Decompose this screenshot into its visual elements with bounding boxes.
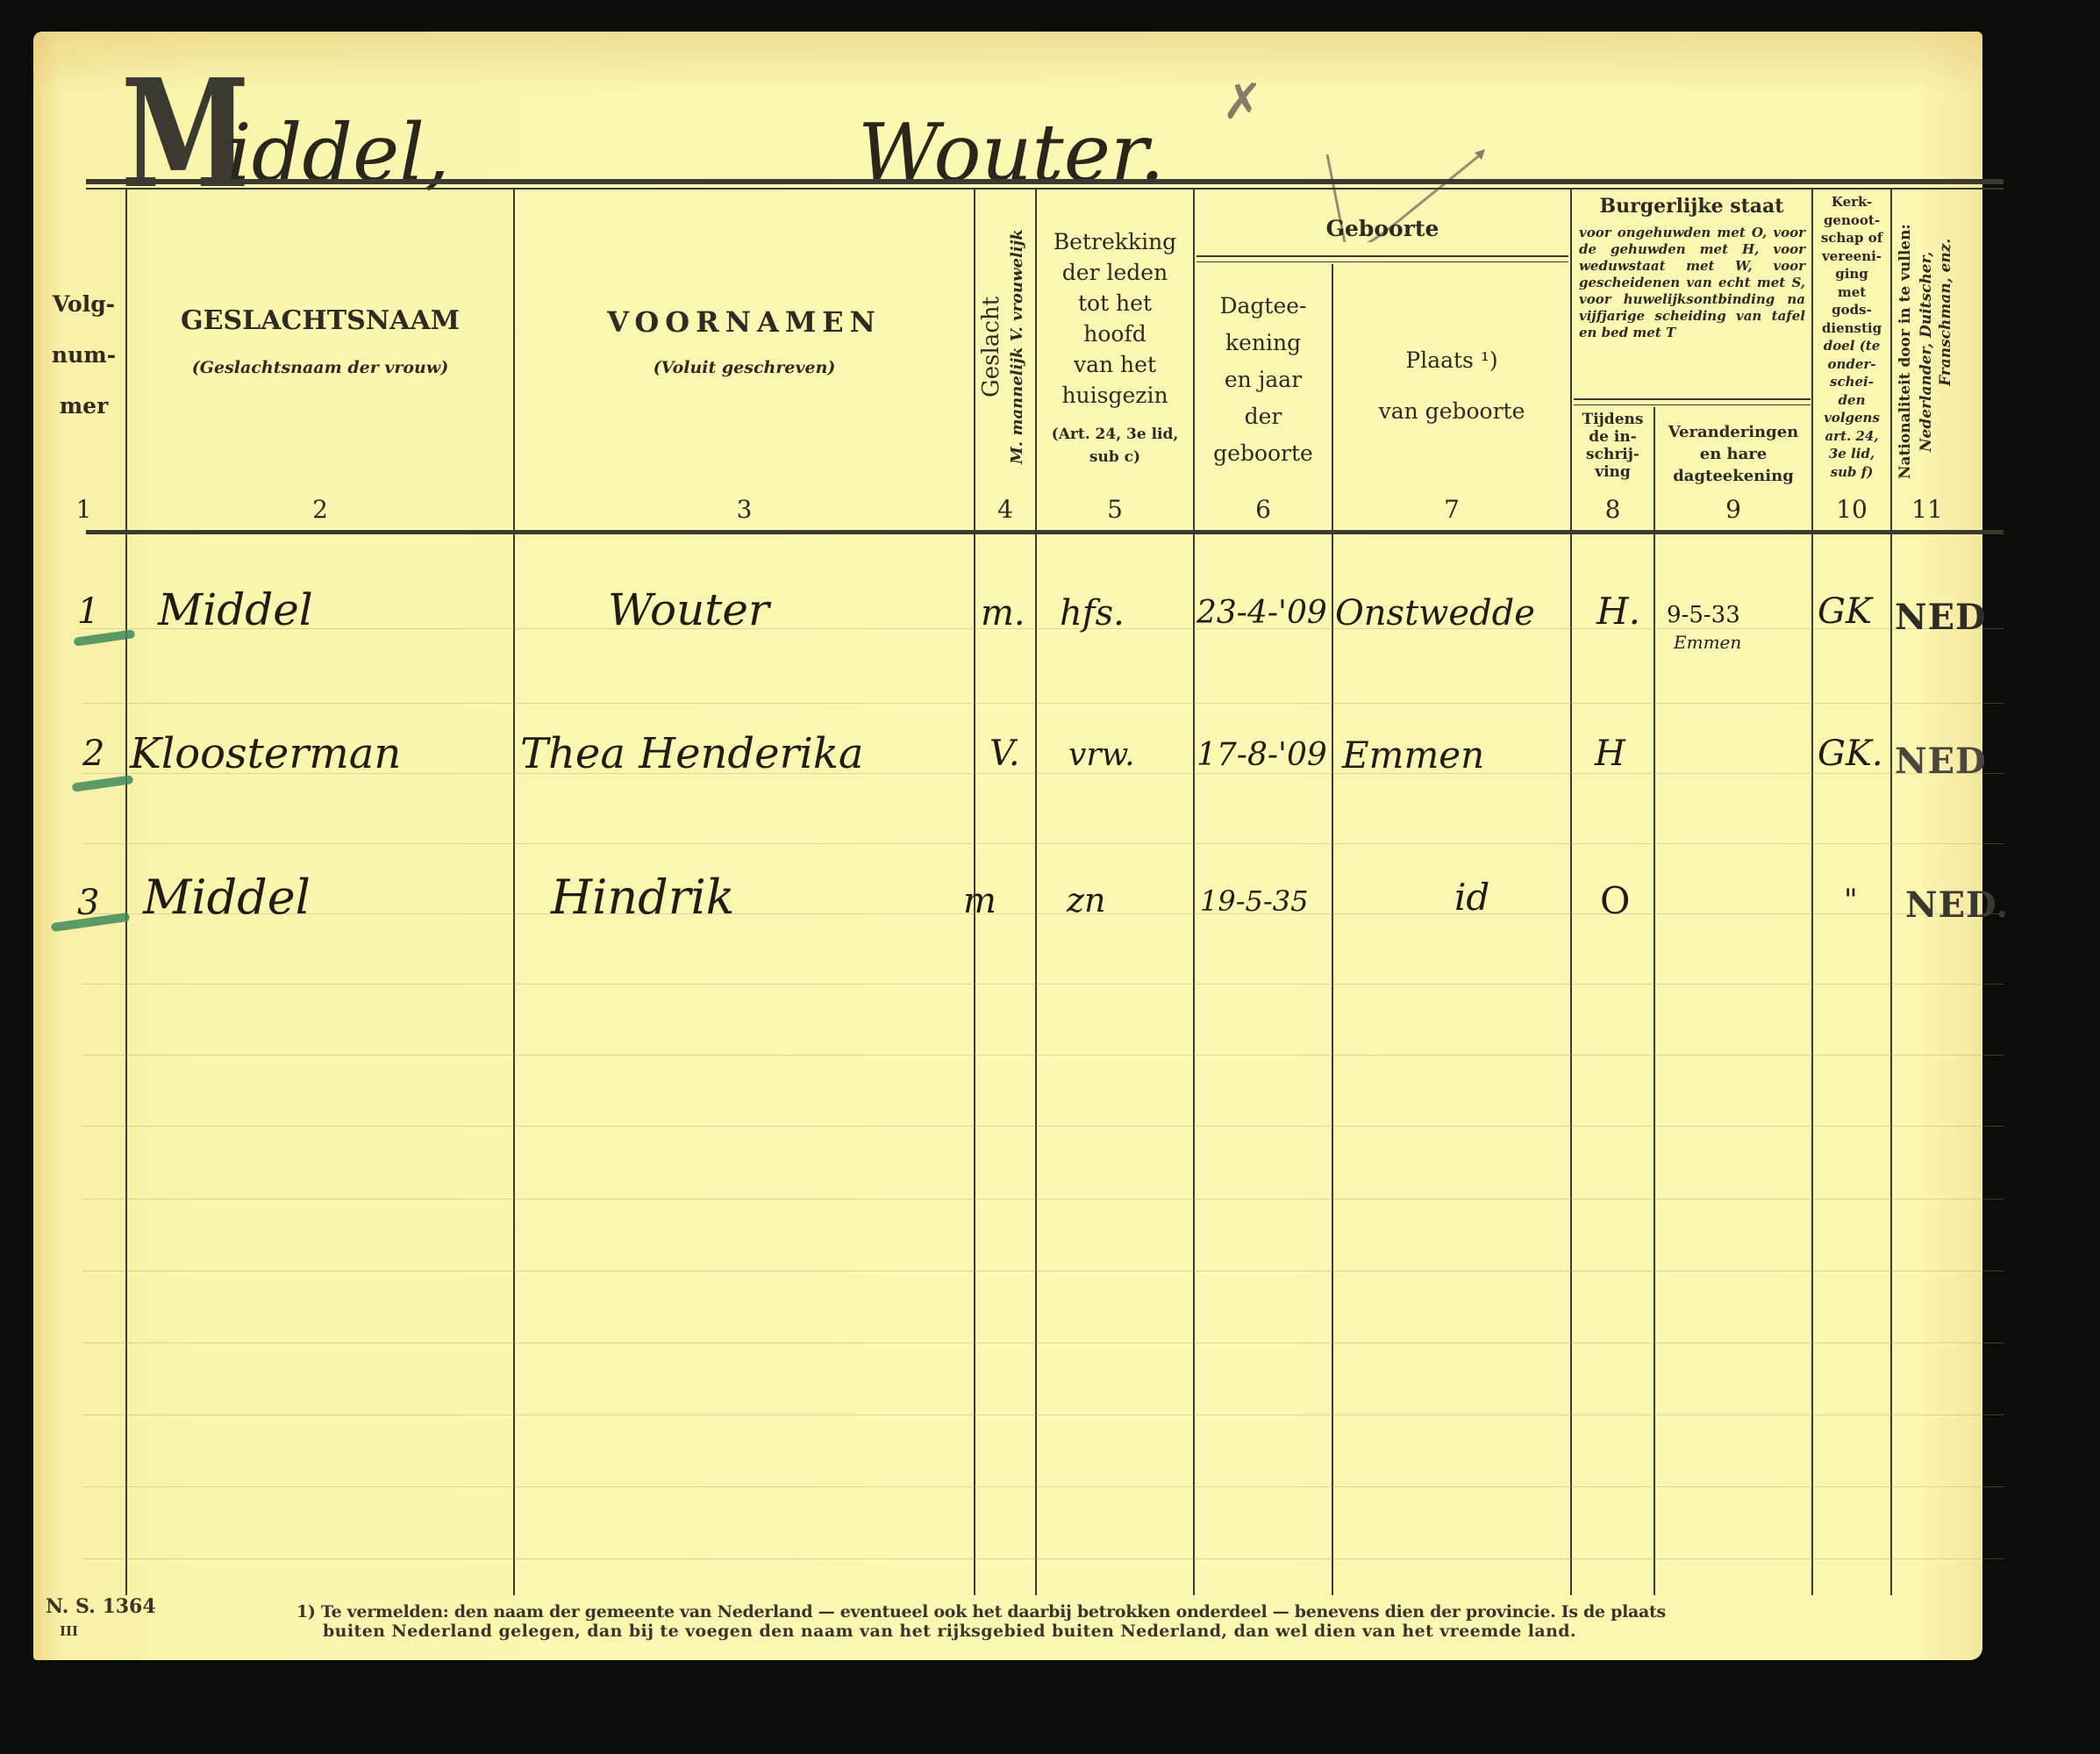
header-betrekking-note: (Art. 24, 3e lid, sub c) bbox=[1042, 423, 1188, 469]
surname: Kloosterman bbox=[130, 729, 401, 778]
relation: hfs. bbox=[1060, 593, 1125, 634]
header-geslachtsnaam-sub: (Geslachtsnaam der vrouw) bbox=[127, 358, 513, 377]
row-guide bbox=[82, 984, 2004, 984]
header-kerk-line: doel (te bbox=[1813, 337, 1890, 355]
col-number-9: 9 bbox=[1655, 495, 1811, 524]
birth-place: Onstwedde bbox=[1335, 593, 1535, 634]
status-change-place: Emmen bbox=[1674, 632, 1741, 653]
header-col1-line: mer bbox=[42, 381, 125, 432]
church: GK. bbox=[1818, 734, 1883, 774]
relation: vrw. bbox=[1068, 737, 1135, 773]
col-divider-2 bbox=[513, 190, 515, 1595]
header-dagteekening-line: der bbox=[1195, 398, 1332, 435]
nationality-stamp: NED. bbox=[1905, 884, 2009, 926]
row-number: 1 bbox=[77, 591, 99, 632]
col-divider-8 bbox=[1654, 407, 1655, 1595]
civil-status: H. bbox=[1596, 590, 1640, 633]
header-tijdens: Tijdens de in- schrij- ving bbox=[1572, 411, 1654, 481]
birth-date: 23-4-'09 bbox=[1196, 595, 1327, 631]
birth-date: 19-5-35 bbox=[1200, 884, 1308, 918]
row-guide bbox=[82, 843, 2004, 844]
col-divider-7 bbox=[1570, 190, 1572, 1595]
header-kerk-line: ging bbox=[1813, 265, 1890, 283]
header-kerk-line: volgens bbox=[1813, 409, 1890, 427]
header-nationaliteit-sub1: Nederlander, Duitscher, bbox=[1916, 207, 1937, 497]
col-number-8: 8 bbox=[1572, 495, 1654, 524]
header-plaats: Plaats ¹) bbox=[1333, 347, 1570, 373]
header-kerk-line: onder- bbox=[1813, 355, 1890, 374]
header-betrekking-line: van het bbox=[1037, 349, 1193, 380]
header-kerk-line: 3e lid, bbox=[1813, 445, 1890, 463]
col-number-6: 6 bbox=[1195, 495, 1332, 524]
given-names: Thea Henderika bbox=[520, 729, 864, 778]
relation: zn bbox=[1067, 881, 1106, 920]
header-kerk-line: art. 24, bbox=[1813, 427, 1890, 446]
burgerlijke-subrule-2 bbox=[1574, 404, 1811, 405]
header-betrekking-line: huisgezin bbox=[1037, 380, 1193, 411]
row-guide bbox=[82, 1199, 2004, 1199]
header-dagteekening-line: Dagtee- bbox=[1195, 288, 1332, 325]
form-code-text: N. S. 1364 bbox=[46, 1595, 156, 1618]
col-number-2: 2 bbox=[127, 495, 513, 524]
header-kerkgenootschap: Kerk- genoot- schap of vereeni- ging met… bbox=[1813, 193, 1890, 481]
header-nationaliteit-sub2: Franschman, enz. bbox=[1935, 207, 1956, 418]
given-names: Hindrik bbox=[551, 870, 735, 925]
civil-status: H bbox=[1595, 734, 1625, 774]
header-tijdens-line: ving bbox=[1572, 463, 1654, 481]
form-sub: III bbox=[60, 1623, 78, 1639]
header-bottom-rule bbox=[86, 530, 2004, 534]
birth-place: id bbox=[1454, 876, 1489, 919]
sex: V. bbox=[989, 734, 1020, 774]
header-betrekking-line: der leden bbox=[1037, 257, 1193, 288]
header-kerk-line: Kerk- bbox=[1813, 193, 1890, 211]
surname: Middel bbox=[143, 870, 311, 925]
header-kerk-line: genoot- bbox=[1813, 211, 1890, 230]
row-guide bbox=[82, 628, 2004, 629]
header-geslachtsnaam: GESLACHTSNAAM bbox=[127, 305, 513, 336]
header-veranderingen: Veranderingen en hare dagteekening bbox=[1655, 421, 1811, 487]
header-kerk-line: gods- bbox=[1813, 301, 1890, 319]
row-guide bbox=[82, 1414, 2004, 1415]
header-kerk-line: schei- bbox=[1813, 373, 1890, 391]
registration-card: M iddel, Wouter. ✗ Volg- num- mer 1 bbox=[33, 32, 1982, 1660]
col-number-3: 3 bbox=[515, 495, 974, 524]
header-kerk-line: schap of bbox=[1813, 229, 1890, 247]
church: GK bbox=[1818, 591, 1872, 632]
footnote-line-1: 1) Te vermelden: den naam der gemeente v… bbox=[296, 1602, 1666, 1622]
col-divider-1 bbox=[125, 190, 127, 1595]
header-voornamen: VOORNAMEN bbox=[515, 305, 974, 339]
green-marker bbox=[72, 775, 134, 792]
header-betrekking-line: hoofd bbox=[1037, 319, 1193, 349]
card-surname: iddel, bbox=[226, 107, 450, 199]
col-number-1: 1 bbox=[42, 495, 125, 524]
header-tijdens-line: Tijdens bbox=[1572, 411, 1654, 428]
col-divider-6 bbox=[1332, 264, 1333, 1595]
card-given-name: Wouter. bbox=[858, 107, 1165, 199]
civil-status: O bbox=[1600, 879, 1630, 922]
header-geslacht: Geslacht bbox=[977, 207, 1007, 486]
birth-place: Emmen bbox=[1342, 734, 1484, 777]
col-number-10: 10 bbox=[1813, 495, 1890, 524]
row-guide bbox=[82, 1055, 2004, 1056]
header-col1: Volg- num- mer bbox=[42, 279, 125, 432]
header-tijdens-line: schrij- bbox=[1572, 446, 1654, 463]
row-guide bbox=[82, 913, 2004, 914]
footnote-line-2: buiten Nederland gelegen, dan bij te voe… bbox=[323, 1622, 1576, 1641]
header-plaats-sub: van geboorte bbox=[1333, 398, 1570, 424]
header-burgerlijke-desc: voor ongehuwden met O, voor de gehuwden … bbox=[1579, 225, 1805, 341]
header-betrekking-line: tot het bbox=[1037, 288, 1193, 319]
header-kerk-line: dienstig bbox=[1813, 319, 1890, 338]
row-number: 2 bbox=[82, 734, 104, 774]
header-tijdens-line: de in- bbox=[1572, 428, 1654, 446]
col-number-11: 11 bbox=[1892, 495, 1962, 524]
burgerlijke-subrule bbox=[1574, 398, 1811, 400]
col-number-7: 7 bbox=[1333, 495, 1570, 524]
birth-date: 17-8-'09 bbox=[1196, 737, 1327, 773]
header-kerk-line: vereeni- bbox=[1813, 247, 1890, 266]
row-guide bbox=[82, 1558, 2004, 1559]
geboorte-subrule-2 bbox=[1196, 261, 1568, 262]
header-dagteekening-line: en jaar bbox=[1195, 362, 1332, 398]
row-guide bbox=[82, 703, 2004, 704]
header-geboorte: Geboorte bbox=[1195, 216, 1570, 241]
nationality-stamp: NED bbox=[1895, 741, 1987, 782]
header-veranderingen-line: en hare bbox=[1655, 443, 1811, 465]
geboorte-subrule bbox=[1196, 255, 1568, 257]
header-nationaliteit: Nationaliteit door in te vullen: bbox=[1895, 207, 1918, 497]
header-kerk-line: met bbox=[1813, 283, 1890, 302]
header-dagteekening: Dagtee- kening en jaar der geboorte bbox=[1195, 288, 1332, 472]
header-burgerlijke-staat: Burgerlijke staat bbox=[1572, 195, 1811, 218]
header-veranderingen-line: dagteekening bbox=[1655, 465, 1811, 487]
pencil-x-mark: ✗ bbox=[1222, 74, 1263, 131]
row-guide bbox=[82, 1486, 2004, 1487]
header-dagteekening-line: geboorte bbox=[1195, 435, 1332, 472]
surname: Middel bbox=[158, 584, 313, 635]
row-guide bbox=[82, 1126, 2004, 1127]
header-kerk-line: den bbox=[1813, 391, 1890, 410]
given-names: Wouter bbox=[608, 584, 769, 635]
status-change-date: 9-5-33 bbox=[1667, 602, 1740, 628]
nationality-stamp: NED bbox=[1895, 597, 1987, 638]
header-betrekking-line: Betrekking bbox=[1037, 226, 1193, 257]
header-col1-line: Volg- bbox=[42, 279, 125, 330]
top-rule-thick bbox=[86, 179, 2004, 184]
row-guide bbox=[82, 1271, 2004, 1271]
header-veranderingen-line: Veranderingen bbox=[1655, 421, 1811, 443]
row-guide bbox=[82, 1342, 2004, 1343]
form-code: N. S. 1364 bbox=[46, 1595, 156, 1618]
col-number-4: 4 bbox=[975, 495, 1035, 524]
col-number-5: 5 bbox=[1037, 495, 1193, 524]
header-betrekking: Betrekking der leden tot het hoofd van h… bbox=[1037, 226, 1193, 411]
sex: m. bbox=[981, 593, 1025, 634]
header-kerk-line: sub f) bbox=[1813, 463, 1890, 482]
sex: m bbox=[963, 881, 996, 921]
col-divider-10 bbox=[1890, 190, 1892, 1595]
top-rule-thin bbox=[86, 188, 2004, 190]
header-geslacht-sub: M. mannelijk V. vrouwelijk bbox=[1005, 207, 1032, 486]
header-col1-line: num- bbox=[42, 330, 125, 381]
header-dagteekening-line: kening bbox=[1195, 325, 1332, 362]
header-voornamen-sub: (Voluit geschreven) bbox=[515, 358, 974, 377]
church: " bbox=[1844, 883, 1858, 918]
